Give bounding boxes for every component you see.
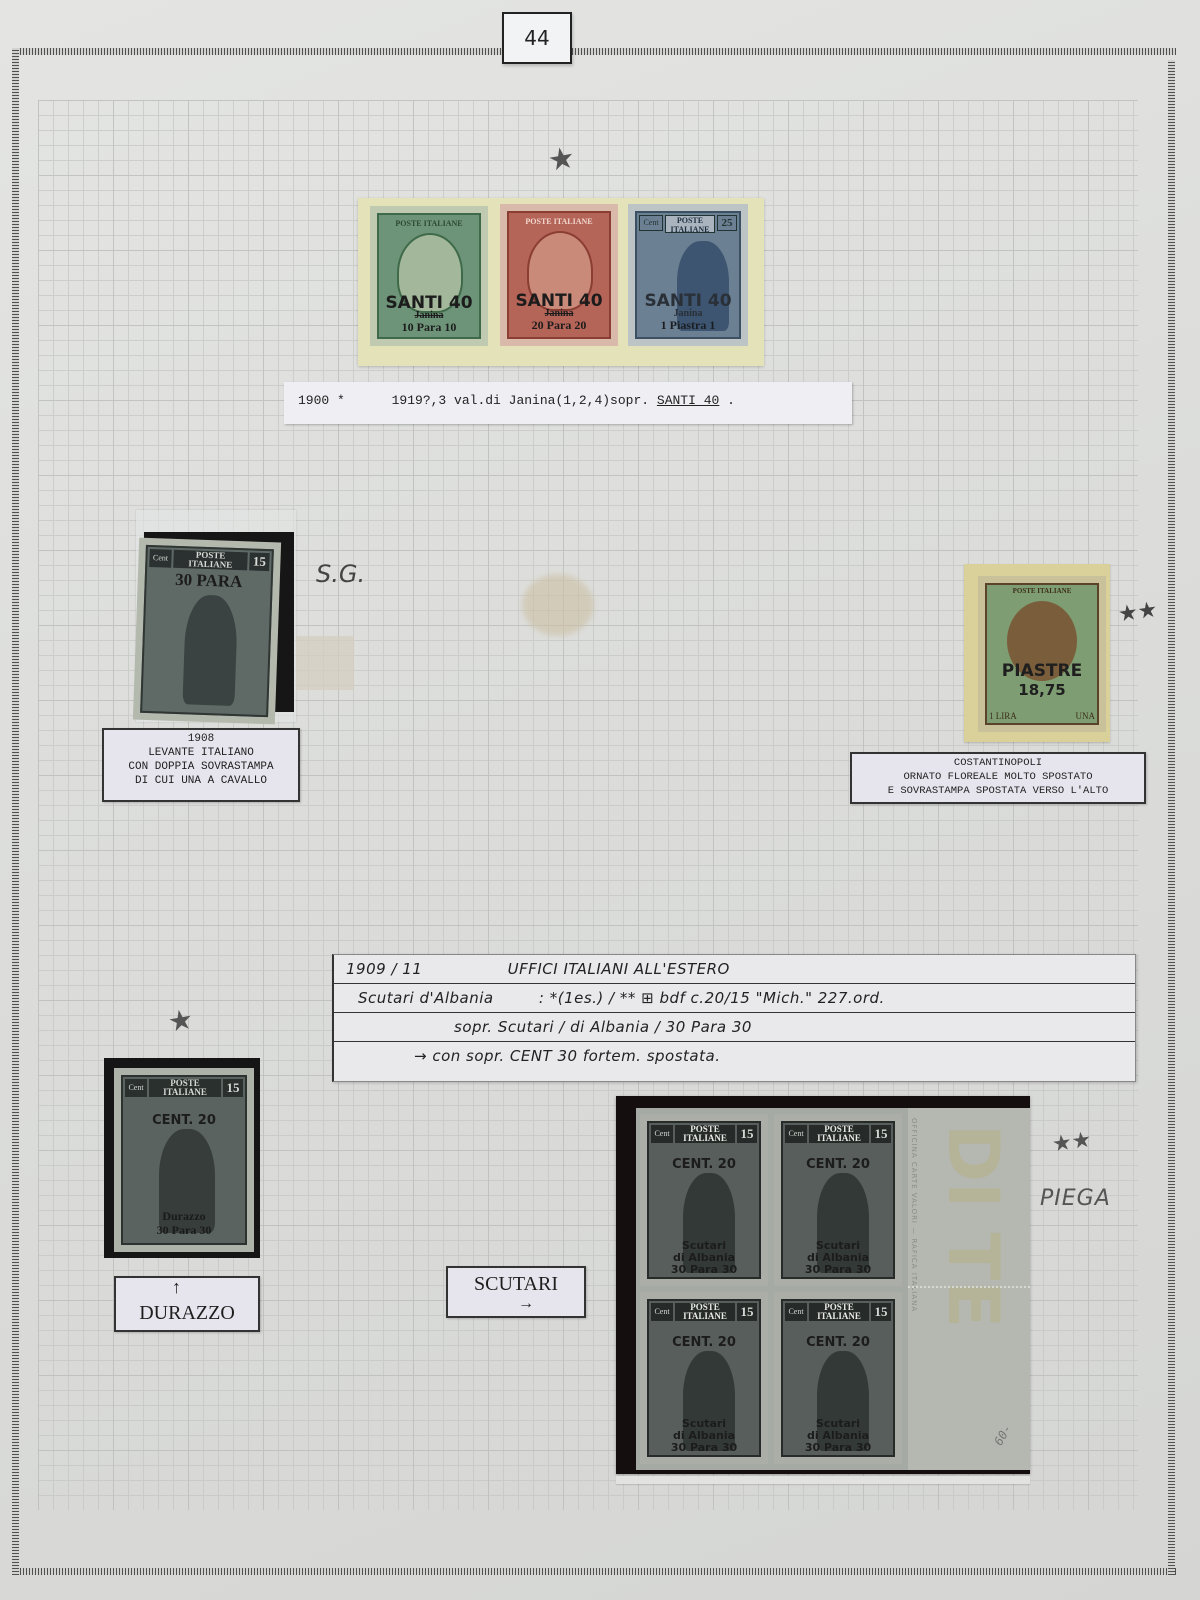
arrow-up-icon: ↑ (172, 1278, 181, 1296)
stamp-overprint-bottom: 1 Piastra 1 (637, 318, 739, 333)
label-costantinopoli: COSTANTINOPOLI ORNATO FLOREALE MOLTO SPO… (850, 752, 1146, 804)
stamp-santi-red[interactable]: POSTE ITALIANE SANTI 40 Janina 20 Para 2… (500, 204, 618, 346)
stamp-header-text: POSTE ITALIANE (675, 1125, 735, 1143)
stamp-value-right: 15 (737, 1303, 757, 1321)
stamp-value-right: 15 (871, 1125, 891, 1143)
stamp-value-right: 15 (249, 552, 270, 571)
stamp-costantinopoli-piastre[interactable]: POSTE ITALIANE PIASTRE 18,75 1 LIRA UNA (978, 576, 1106, 732)
stamp-value-left: Cent (651, 1303, 673, 1321)
star-mark-icon: ★ (165, 1002, 195, 1039)
stamp-value-left: Cent (651, 1125, 673, 1143)
stamp-overprint-bottom: 30 Para 30 (783, 1441, 893, 1454)
stamp-value-right: 15 (871, 1303, 891, 1321)
hand-row-left: 1909 / 11 (346, 960, 422, 978)
star-mark-icon: ★ (545, 140, 578, 179)
stamp-overprint-bottom: 30 Para 30 (649, 1263, 759, 1276)
page-border-right (1168, 60, 1175, 1575)
caption-end: . (727, 393, 735, 408)
label-line: LEVANTE ITALIANO (104, 746, 298, 760)
stamp-overprint-bottom: Durazzo (123, 1209, 245, 1224)
stamp-overprint-top: CENT. 20 (649, 1157, 759, 1172)
stamp-scutari-3[interactable]: Cent POSTE ITALIANE 15 CENT. 20 Scutari … (640, 1292, 768, 1464)
stamp-overprint-top: CENT. 20 (783, 1157, 893, 1172)
stamp-value-left: Cent (639, 215, 663, 231)
caption-text: 1919?,3 val.di Janina(1,2,4)sopr. (392, 393, 649, 408)
stamp-value-right: UNA (1076, 711, 1096, 721)
arrow-right-icon: → (468, 1296, 584, 1312)
stamp-santi-green[interactable]: POSTE ITALIANE SANTI 40 Janina 10 Para 1… (370, 206, 488, 346)
stamp-value-left: 1 LIRA (989, 711, 1017, 721)
stamp-scutari-2[interactable]: Cent POSTE ITALIANE 15 CENT. 20 Scutari … (774, 1114, 902, 1286)
hand-row-right: UFFICI ITALIANI ALL'ESTERO (508, 960, 730, 978)
margin-perforation (908, 1286, 1030, 1288)
stamp-header-text: POSTE ITALIANE (665, 215, 715, 233)
black-mount-backing-block: OFFICINA CARTE VALORI — RAFICA ITALIANA … (616, 1096, 1030, 1474)
stamp-mount-levante: Cent POSTE ITALIANE 15 30 PARA (136, 510, 296, 722)
hand-row-right: : *(1es.) / ** ⊞ bdf c.20/15 "Mich." 227… (539, 989, 885, 1007)
stamp-header-text: POSTE ITALIANE (173, 550, 248, 571)
hinge-stain (296, 636, 354, 690)
hand-row-1: 1909 / 11 UFFICI ITALIANI ALL'ESTERO (334, 955, 1135, 984)
hand-row-4: → con sopr. CENT 30 fortem. spostata. (334, 1042, 1135, 1071)
stamp-header-text: POSTE ITALIANE (149, 1079, 221, 1097)
stamp-durazzo-cent-20[interactable]: Cent POSTE ITALIANE 15 CENT. 20 Durazzo … (114, 1068, 254, 1252)
label-levante: 1908 LEVANTE ITALIANO CON DOPPIA SOVRAST… (102, 728, 300, 802)
label-line: 1908 (104, 732, 298, 746)
hand-row-right: sopr. Scutari / di Albania / 30 Para 30 (454, 1018, 752, 1036)
stamp-overprint-bottom: 30 Para 30 (649, 1441, 759, 1454)
mount-strip-edge (616, 1476, 1030, 1484)
stamp-portrait (182, 594, 238, 706)
label-line: COSTANTINOPOLI (852, 756, 1144, 770)
double-star-mark-icon: ★★ (1116, 597, 1159, 627)
stamp-value-left: Cent (785, 1125, 807, 1143)
durazzo-text: DURAZZO (116, 1298, 258, 1328)
stamp-overprint-top: CENT. 20 (123, 1113, 245, 1128)
stamp-overprint: 30 PARA (146, 569, 271, 593)
label-line: ORNATO FLOREALE MOLTO SPOSTATO (852, 770, 1144, 784)
stamp-value-left: Cent (125, 1079, 147, 1097)
hand-row-3: sopr. Scutari / di Albania / 30 Para 30 (334, 1013, 1135, 1042)
piega-note: PIEGA (1040, 1186, 1111, 1211)
stamp-header-text: POSTE ITALIANE (809, 1125, 869, 1143)
stamp-value-right: 15 (223, 1079, 243, 1097)
caption-santi: 1900 * 1919?,3 val.di Janina(1,2,4)sopr.… (284, 382, 852, 424)
stamp-value-left: Cent (785, 1303, 807, 1321)
margin-imprint: OFFICINA CARTE VALORI — RAFICA ITALIANA (910, 1118, 918, 1312)
label-scutari: SCUTARI → (446, 1266, 586, 1318)
sheet-margin: OFFICINA CARTE VALORI — RAFICA ITALIANA … (908, 1108, 1030, 1470)
hand-row-right: → con sopr. CENT 30 fortem. spostata. (414, 1047, 720, 1065)
black-mount-backing: Cent POSTE ITALIANE 15 CENT. 20 Durazzo … (104, 1058, 260, 1258)
label-durazzo: ↑ DURAZZO (114, 1276, 260, 1332)
stamp-overprint-bottom: 30 Para 30 (783, 1263, 893, 1276)
hand-row-left: Scutari d'Albania (358, 989, 494, 1007)
hand-row-2: Scutari d'Albania : *(1es.) / ** ⊞ bdf c… (334, 984, 1135, 1013)
scutari-text: SCUTARI (448, 1272, 584, 1296)
label-line: CON DOPPIA SOVRASTAMPA (104, 760, 298, 774)
page-number: 44 (524, 26, 549, 50)
stamp-scutari-4[interactable]: Cent POSTE ITALIANE 15 CENT. 20 Scutari … (774, 1292, 902, 1464)
stamp-value-right: 15 (737, 1125, 757, 1143)
stamp-header-text: POSTE ITALIANE (675, 1303, 735, 1321)
stamp-scutari-1[interactable]: Cent POSTE ITALIANE 15 CENT. 20 Scutari … (640, 1114, 768, 1286)
stamp-overprint-bottom: 20 Para 20 (509, 318, 609, 333)
stamp-santi-blue[interactable]: Cent POSTE ITALIANE 25 SANTI 40 Janina 1… (628, 204, 748, 346)
page-number-tag: 44 (502, 12, 572, 64)
stamp-header-text: POSTE ITALIANE (809, 1303, 869, 1321)
sg-note: S.G. (316, 560, 365, 588)
caption-underlined: SANTI 40 (657, 393, 719, 408)
stamp-mount-costantinopoli: POSTE ITALIANE PIASTRE 18,75 1 LIRA UNA (964, 564, 1110, 742)
stamp-overprint-top: CENT. 20 (783, 1335, 893, 1350)
page-border-left (12, 48, 19, 1575)
stamp-overprint-bottom: 30 Para 30 (123, 1223, 245, 1238)
handwritten-description: 1909 / 11 UFFICI ITALIANI ALL'ESTERO Scu… (332, 954, 1136, 1082)
margin-pencil-note: 60- (991, 1422, 1014, 1448)
stamp-mount-strip: POSTE ITALIANE SANTI 40 Janina 10 Para 1… (358, 198, 764, 366)
stamp-overprint-bottom: 18,75 (987, 681, 1097, 699)
page-border-bottom (14, 1568, 1176, 1575)
foxing-stain (522, 574, 594, 636)
album-page: 44 ★ POSTE ITALIANE SANTI 40 Janina 10 P… (0, 0, 1200, 1600)
page-border-top (14, 48, 1176, 55)
stamp-overprint-top: CENT. 20 (649, 1335, 759, 1350)
margin-watermark-letters: DI TE (932, 1124, 1014, 1328)
caption-year: 1900 * (298, 393, 345, 408)
stamp-value-right: 25 (717, 215, 737, 231)
stamp-block-of-four[interactable]: OFFICINA CARTE VALORI — RAFICA ITALIANA … (636, 1108, 1030, 1470)
label-line: E SOVRASTAMPA SPOSTATA VERSO L'ALTO (852, 784, 1144, 798)
stamp-overprint-bottom: 10 Para 10 (379, 320, 479, 335)
stamp-levante-30-para[interactable]: Cent POSTE ITALIANE 15 30 PARA (133, 538, 281, 725)
stamp-value-left: Cent (149, 549, 172, 568)
stamp-overprint-top: PIASTRE (987, 661, 1097, 681)
label-line: DI CUI UNA A CAVALLO (104, 774, 298, 788)
